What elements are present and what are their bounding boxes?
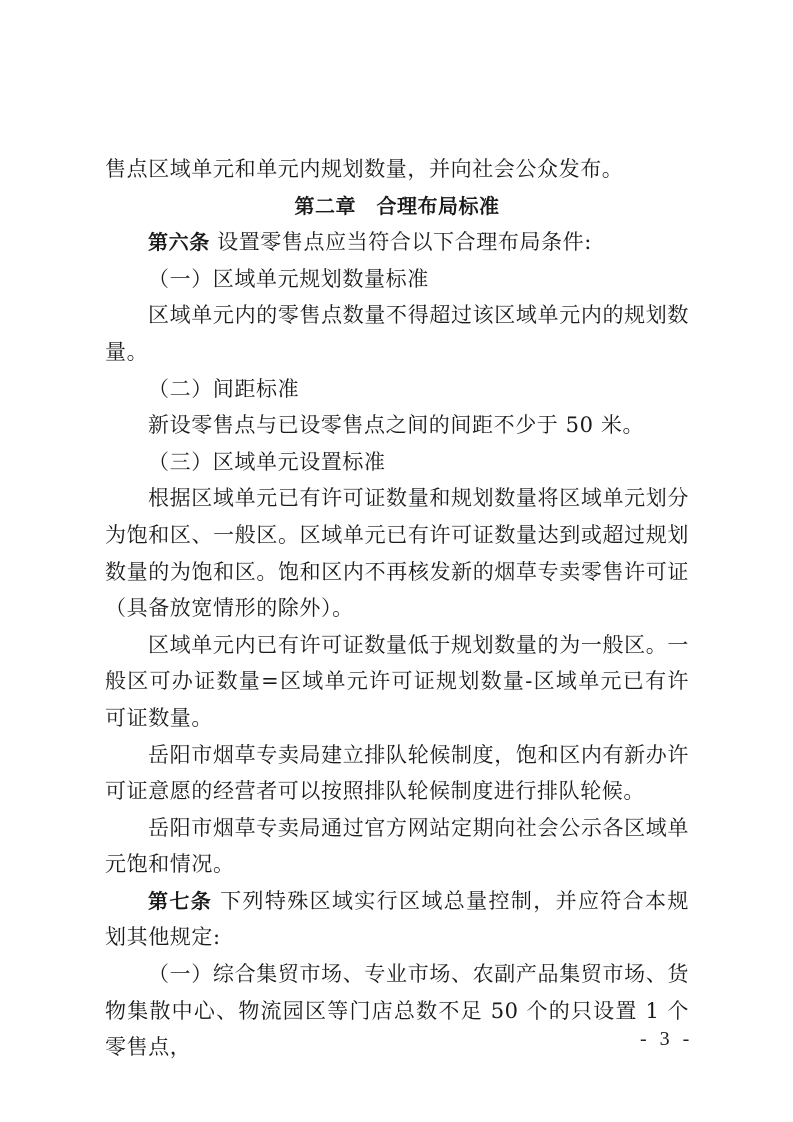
item-3-paragraph-2: 区域单元内已有许可证数量低于规划数量的为一般区。一般区可办证数量=区域单元许可证…: [105, 627, 689, 737]
article-7-item-1: （一）综合集贸市场、专业市场、农副产品集贸市场、货物集散中心、物流园区等门店总数…: [105, 956, 689, 1066]
chapter-title: 第二章 合理布局标准: [105, 188, 689, 225]
item-3-paragraph-4: 岳阳市烟草专卖局通过官方网站定期向社会公示各区域单元饱和情况。: [105, 810, 689, 883]
item-1-title: （一）区域单元规划数量标准: [105, 261, 689, 298]
item-3-paragraph-3: 岳阳市烟草专卖局建立排队轮候制度，饱和区内有新办许可证意愿的经营者可以按照排队轮…: [105, 737, 689, 810]
item-3-title: （三）区域单元设置标准: [105, 444, 689, 481]
article-6: 第六条 设置零售点应当符合以下合理布局条件:: [105, 224, 689, 261]
page-number: - 3 -: [640, 1028, 693, 1051]
document-page: 售点区域单元和单元内规划数量，并向社会公众发布。 第二章 合理布局标准 第六条 …: [105, 151, 689, 1066]
article-7-label: 第七条: [148, 889, 212, 913]
article-6-label: 第六条: [148, 230, 210, 254]
item-1-text: 区域单元内的零售点数量不得超过该区域单元内的规划数量。: [105, 297, 689, 370]
paragraph-intro-tail: 售点区域单元和单元内规划数量，并向社会公众发布。: [105, 151, 689, 188]
item-2-text: 新设零售点与已设零售点之间的间距不少于 50 米。: [105, 407, 689, 444]
item-3-paragraph-1: 根据区域单元已有许可证数量和规划数量将区域单元划分为饱和区、一般区。区域单元已有…: [105, 480, 689, 626]
item-2-title: （二）间距标准: [105, 371, 689, 408]
article-6-text: 设置零售点应当符合以下合理布局条件:: [210, 230, 592, 254]
article-7: 第七条 下列特殊区域实行区域总量控制，并应符合本规划其他规定:: [105, 883, 689, 956]
